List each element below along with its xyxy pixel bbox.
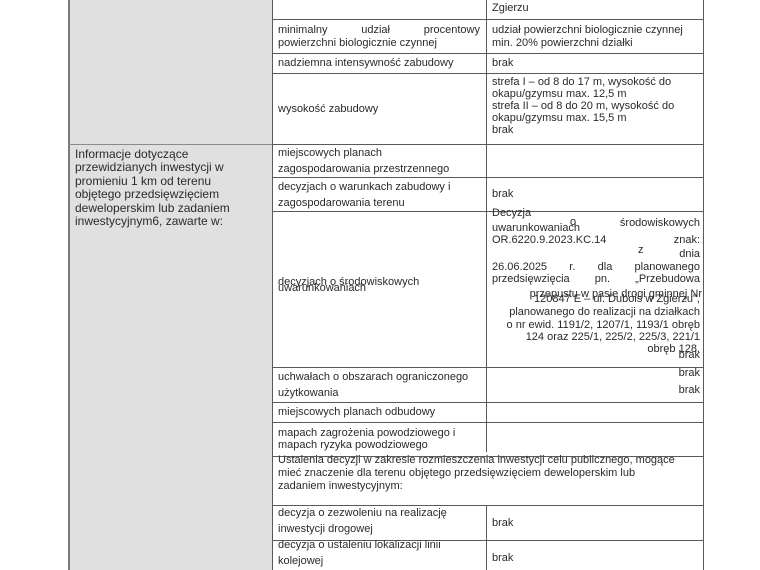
section-public-heading: Ustalenia decyzji w zakresie rozmieszcze… [278, 454, 702, 494]
middle-right-border-bottom [486, 505, 487, 570]
label-reconstruction-plans: miejscowych planach odbudowy [278, 406, 435, 419]
label-min-biological-area-l2: powierzchni biologicznie czynnej [278, 37, 437, 50]
env-value-tail: brak [679, 349, 700, 362]
env-value-l6b: 120847 E – ul. Dubois w Zgierzu", [534, 293, 700, 306]
label-building-height: wysokość zabudowy [278, 103, 378, 116]
label-local-plans: miejscowych planach zagospodarowania prz… [278, 146, 449, 178]
env-value-l3-mid: z [638, 244, 644, 257]
label-flood-maps: mapach zagrożenia powodziowego i mapach … [278, 427, 455, 451]
left-outer-border [68, 0, 70, 570]
row-border [272, 53, 704, 54]
label-zoning-decisions: decyzjach o warunkach zabudowy i zagospo… [278, 180, 450, 212]
value-min-biological-area: udział powierzchni biologicznie czynnej … [492, 24, 683, 50]
middle-left-border [272, 0, 273, 570]
label-road-permit: decyzja o zezwoleniu na realizację inwes… [278, 506, 447, 538]
row-border [272, 422, 704, 423]
label-min-biological-area-l1: minimalny udział procentowy [278, 24, 480, 37]
value-railway-decision: brak [492, 552, 513, 565]
env-value-l3-right: dnia [679, 248, 700, 261]
left-section-divider [68, 144, 272, 145]
cut-cell-text: Zgierzu [492, 2, 529, 15]
value-restricted-areas-2: brak [679, 384, 700, 397]
row-border [272, 73, 704, 74]
row-border [272, 19, 704, 20]
row-border [272, 144, 704, 145]
env-value-l2-right: znak: [674, 234, 700, 247]
value-road-permit: brak [492, 517, 513, 530]
label-env-decisions-b: uwarunkowaniach [278, 282, 366, 295]
middle-right-border-top [486, 0, 487, 452]
label-restricted-areas: uchwałach o obszarach ograniczonego użyt… [278, 370, 468, 402]
value-restricted-areas-1: brak [679, 367, 700, 380]
env-value-l1-mid: o [570, 216, 576, 229]
env-value-head: Decyzja [492, 207, 531, 220]
row-border [272, 402, 704, 403]
row-border [272, 367, 704, 368]
env-value-l7: planowanego do realizacji na działkach [509, 306, 700, 319]
right-outer-border [703, 0, 704, 570]
section-info-heading: Informacje dotyczące przewidzianych inwe… [75, 148, 230, 229]
env-value-l2-left: OR.6220.9.2023.KC.14 [492, 234, 606, 247]
env-value-l5: przedsięwzięcia pn. „Przebudowa [492, 273, 700, 286]
value-building-height: strefa I – od 8 do 17 m, wysokość do oka… [492, 76, 674, 136]
left-column-upper [69, 0, 272, 145]
value-zoning-decisions: brak [492, 188, 513, 201]
env-value-l1-right: środowiskowych [620, 217, 700, 230]
label-railway-decision: decyzja o ustaleniu lokalizacji linii ko… [278, 538, 441, 570]
value-above-ground-intensity: brak [492, 57, 513, 70]
label-above-ground-intensity: nadziemna intensywność zabudowy [278, 57, 454, 70]
